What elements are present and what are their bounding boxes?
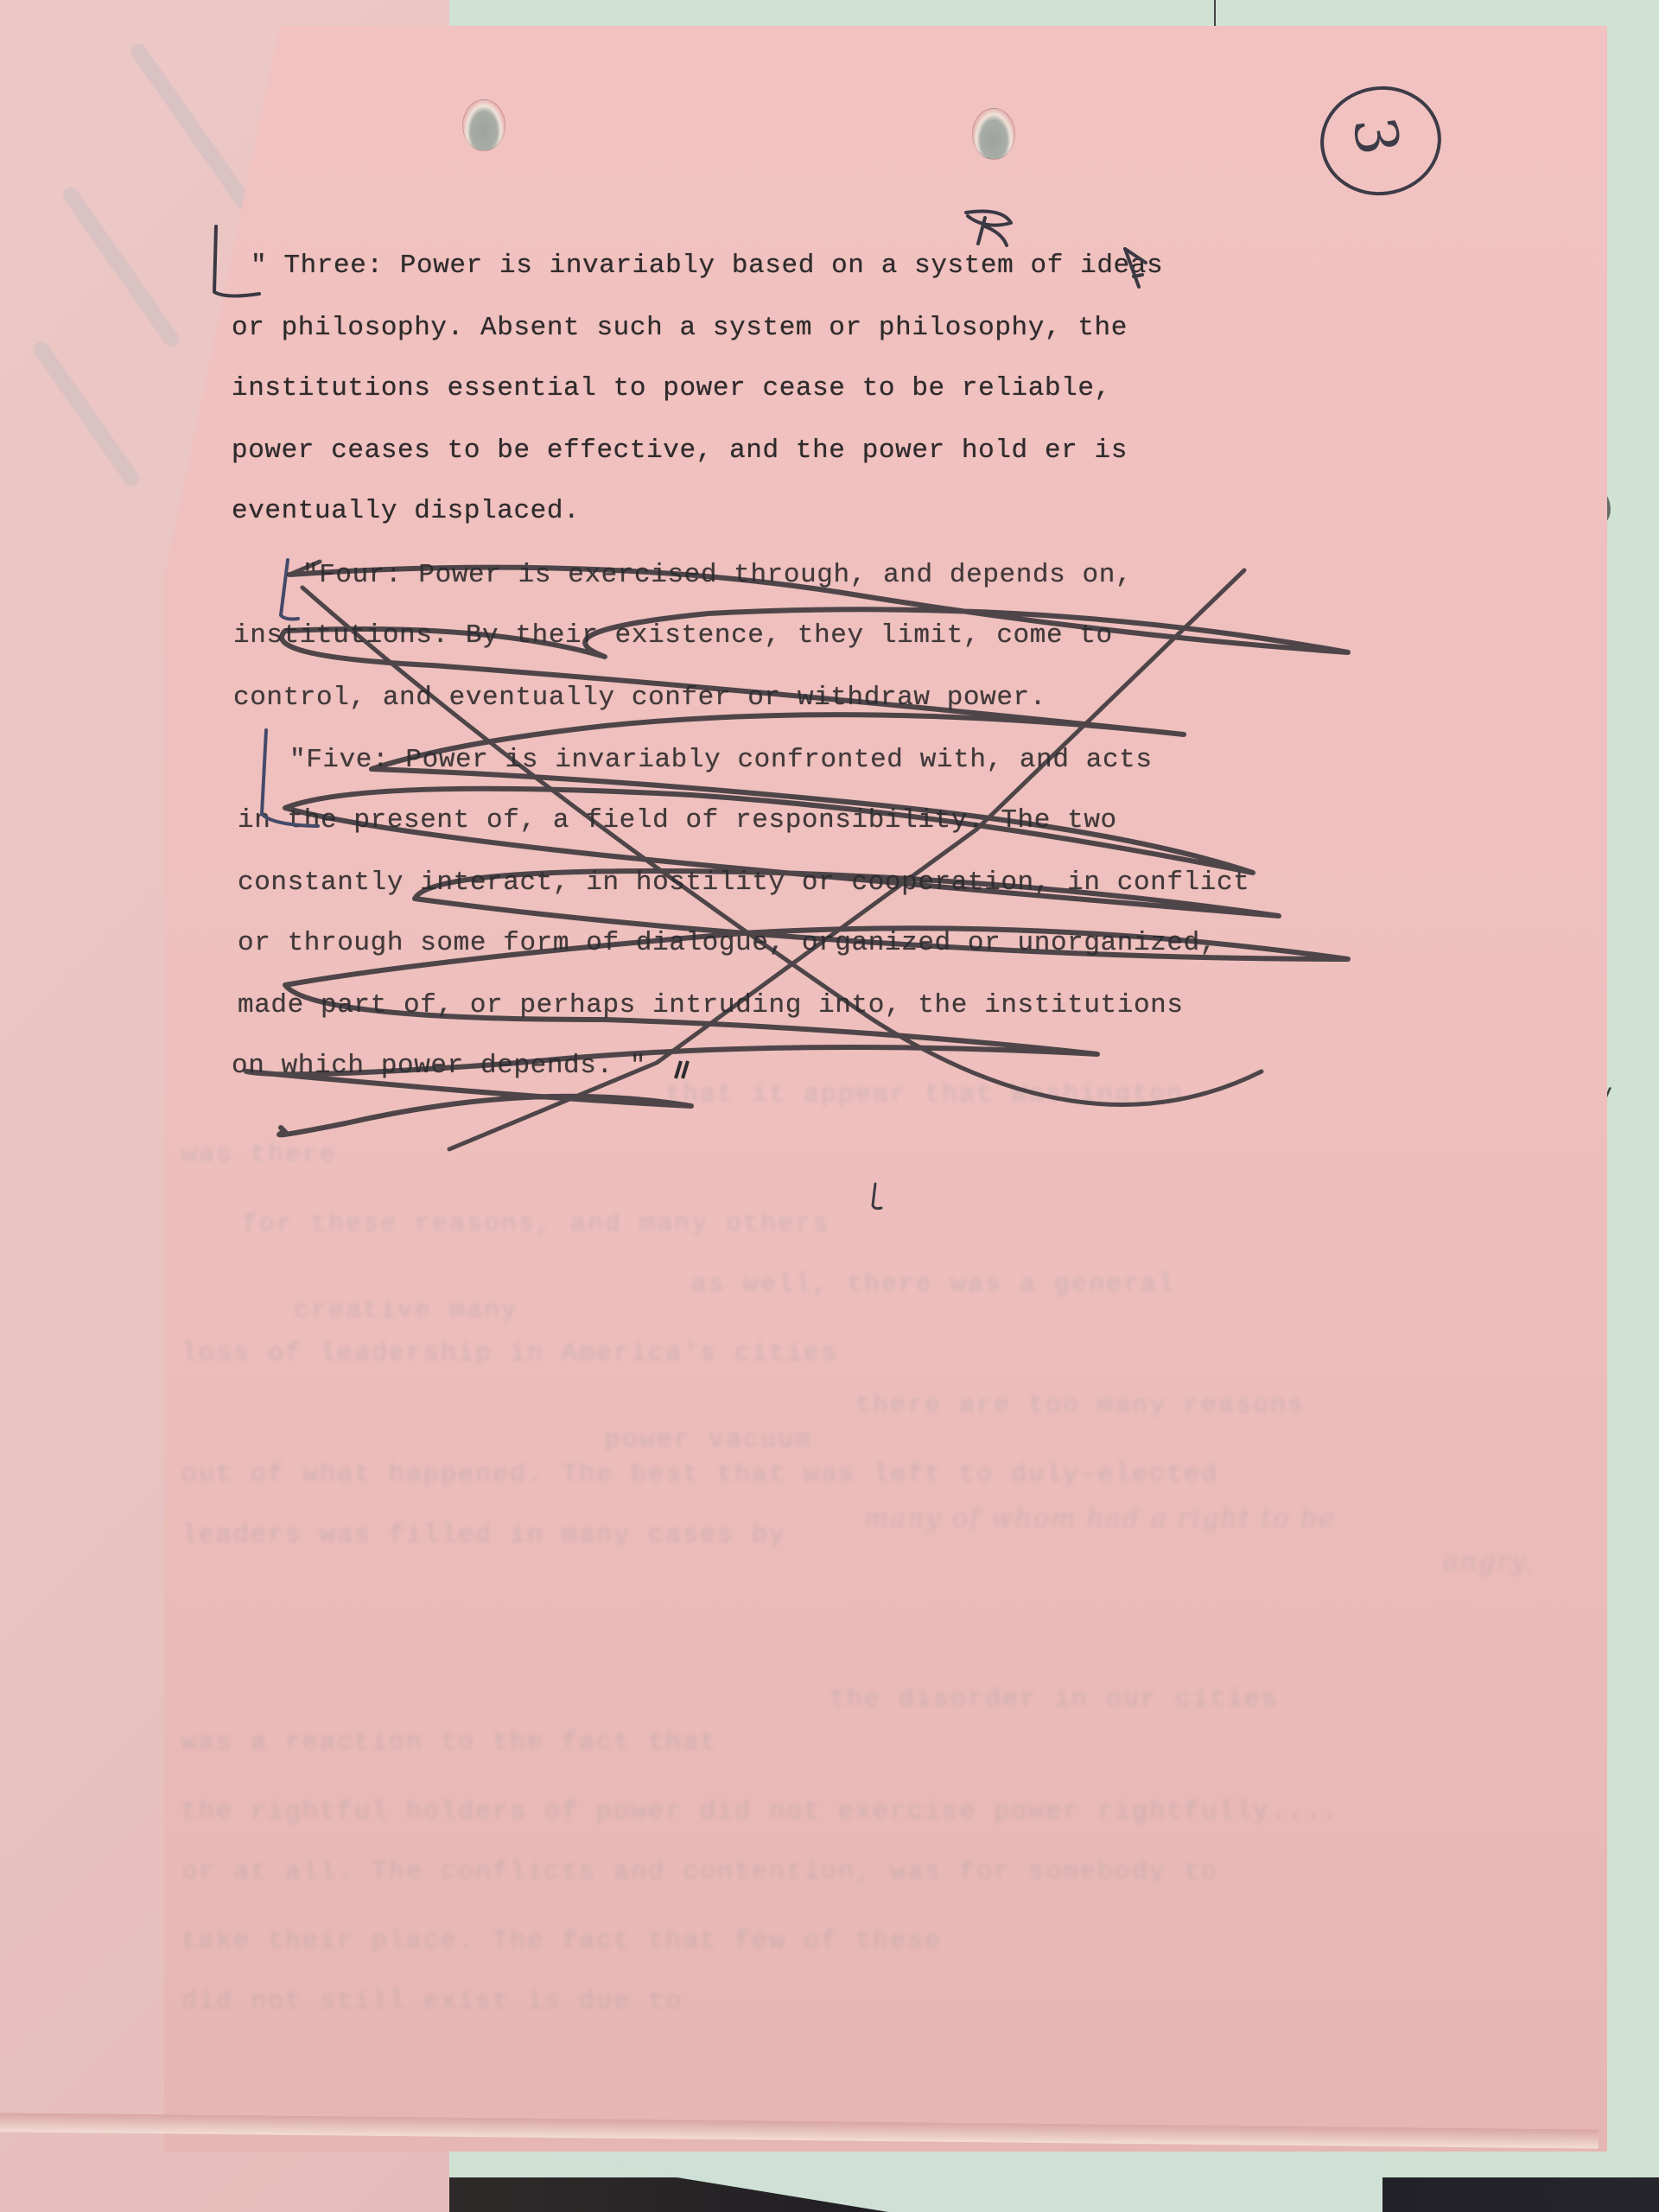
show-through-line: loss of leadership in America's cities xyxy=(181,1339,838,1369)
ghost-text-mark xyxy=(60,185,182,350)
show-through-line: the disorder in our cities xyxy=(829,1685,1279,1714)
show-through-line: there are too many reasons xyxy=(855,1391,1305,1421)
show-through-line: angry. xyxy=(1443,1547,1534,1577)
show-through-line: for these reasons, and many others xyxy=(242,1210,829,1239)
show-through-line: power vacuum xyxy=(605,1426,812,1455)
show-through-line: the rightful holders of power did not ex… xyxy=(181,1797,1339,1827)
typed-line-five: on which power depends. " xyxy=(232,1051,646,1081)
typed-line-four: institutions. By their existence, they l… xyxy=(233,620,1113,651)
show-through-line: as well, there was a general xyxy=(691,1270,1175,1300)
show-through-line: did not still exist is due to xyxy=(181,1987,683,2017)
punch-hole xyxy=(462,99,505,151)
typed-line-five: made part of, or perhaps intruding into,… xyxy=(238,990,1184,1020)
show-through-line: or at all. The conflicts and contention,… xyxy=(181,1858,1218,1887)
show-through-line: was there xyxy=(181,1141,337,1170)
typed-line-four: control, and eventually confer or withdr… xyxy=(233,683,1046,713)
typed-line-five: constantly interact, in hostility or coo… xyxy=(238,868,1249,898)
typed-line-five: or through some form of dialogue, organi… xyxy=(238,928,1217,958)
typed-line-three: " Three: Power is invariably based on a … xyxy=(251,251,1163,281)
ghost-text-mark xyxy=(30,339,142,489)
show-through-line: that it appear that Washington xyxy=(665,1080,1184,1109)
typed-line-five: "Five: Power is invariably confronted wi… xyxy=(289,745,1153,775)
punch-hole xyxy=(972,108,1015,160)
show-through-line: take their place. The fact that few of t… xyxy=(181,1927,942,1956)
show-through-line: out of what happened. The best that was … xyxy=(181,1460,1218,1490)
show-through-line: many of whom had a right to be xyxy=(864,1503,1336,1534)
typed-line-five: in the present of, a field of responsibi… xyxy=(238,805,1117,836)
typed-line-three: power ceases to be effective, and the po… xyxy=(232,435,1128,466)
typed-line-three: eventually displaced. xyxy=(232,496,580,526)
typed-line-three: institutions essential to power cease to… xyxy=(232,373,1111,404)
sheet-margin-tick xyxy=(1214,0,1216,26)
show-through-line: leaders was filled in many cases by xyxy=(181,1521,786,1550)
typed-line-three: or philosophy. Absent such a system or p… xyxy=(232,313,1128,343)
typed-line-four: "Four: Power is exercised through, and d… xyxy=(302,560,1132,590)
show-through-line: was a reaction to the fact that xyxy=(181,1728,717,1758)
show-through-line: creative many xyxy=(294,1296,518,1325)
